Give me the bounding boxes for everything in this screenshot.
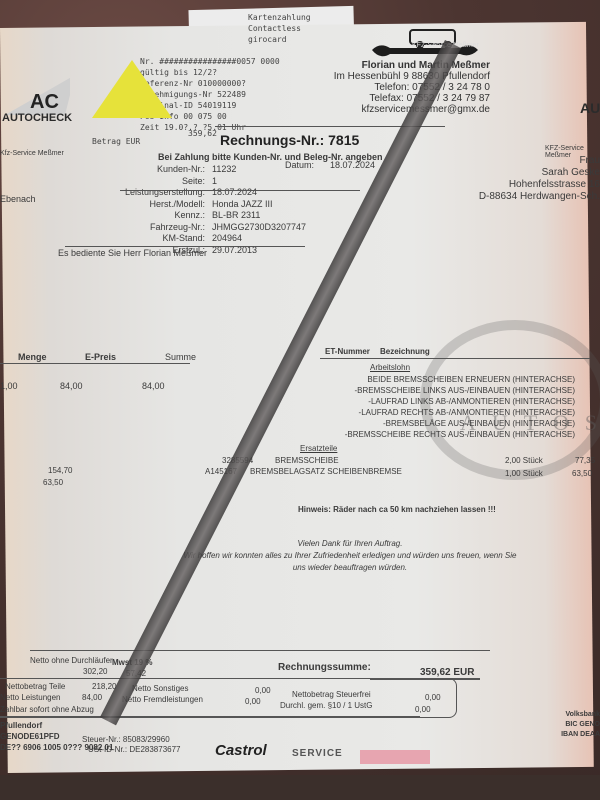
total-label: Rechnungssumme:	[278, 662, 371, 673]
date-value: 18.07.2024	[330, 160, 375, 170]
part-sum: 154,70	[48, 466, 72, 475]
misc-label: Netto Sonstiges	[132, 684, 188, 693]
left-partial-text: Ebenach	[0, 194, 36, 204]
divider	[0, 363, 190, 364]
invoice-number-label: Rechnungs-Nr.:	[220, 132, 324, 148]
misc-value: 0,00	[255, 686, 271, 695]
labor-item: -BREMSSCHEIBE RECHTS AUS-/EINBAUEN (HINT…	[280, 429, 575, 440]
external-label: Netto Fremdleistungen	[122, 695, 203, 704]
left-sender-line: Kfz-Service Meßmer	[0, 150, 64, 157]
part-qty: 2,00 Stück	[505, 456, 543, 465]
labor-sum: 84,00	[142, 381, 165, 391]
right-logo-text: AUTO	[580, 100, 600, 116]
labor-net-label: Netto Leistungen	[0, 693, 61, 702]
customer-name: Sarah Geske	[470, 167, 600, 179]
model-value: Honda JAZZ III	[212, 199, 306, 211]
labor-item: -BREMSBELÄGE AUS-/EINBAUEN (HINTERACHSE)	[280, 418, 575, 429]
exempt-value: 0,00	[425, 693, 441, 702]
plate-value: BL-BR 2311	[212, 210, 306, 222]
customer-address: Frau Sarah Geske Hohenfelsstrasse 16 D-8…	[470, 155, 600, 203]
carpet-floor	[0, 775, 600, 800]
divider	[0, 716, 420, 717]
invoice-number-value: 7815	[328, 132, 359, 148]
labor-item: BEIDE BREMSSCHEIBEN ERNEUERN (HINTERACHS…	[280, 374, 575, 385]
divider	[30, 650, 490, 651]
invoice-number: Rechnungs-Nr.: 7815	[220, 132, 359, 148]
vin-label: Fahrzeug-Nr.:	[95, 222, 205, 234]
right-bank-block: Volksbank BIC GENO IBAN DEAA	[540, 710, 600, 740]
part-desc: BREMSBELAGSATZ SCHEIBENBREMSE	[250, 467, 402, 476]
km-label: KM-Stand:	[95, 233, 205, 245]
divider	[120, 190, 360, 191]
net-value: 302,20	[83, 667, 107, 676]
ustg-value: 0,00	[415, 705, 431, 714]
autocheck-logo-text: AUTOCHECK	[2, 112, 72, 124]
receipt-line: Kartenzahlung	[248, 12, 311, 23]
date-label: Datum:	[285, 160, 314, 170]
svg-text:AC: AC	[30, 91, 59, 113]
vat-id: USt-ID-Nr.: DE283873677	[88, 745, 181, 754]
receipt-header: Kartenzahlung Contactless girocard	[248, 12, 311, 45]
labor-item: -LAUFRAD RECHTS AB-/ANMONTIEREN (HINTERA…	[280, 407, 575, 418]
service-logo-text: SERVICE	[292, 748, 343, 759]
ustg-label: Durchl. gem. §10 / 1 UstG	[280, 701, 372, 710]
page-value: 1	[212, 176, 306, 188]
company-name: Florian und Martin Meßmer	[330, 60, 490, 71]
header-qty: Menge	[18, 352, 47, 362]
receipt-line: Contactless	[248, 23, 311, 34]
km-value: 204964	[212, 233, 306, 245]
labor-item: -LAUFRAD LINKS AB-/ANMONTIEREN (HINTERAC…	[280, 396, 575, 407]
labor-item: -BREMSSCHEIBE LINKS AUS-/EINBAUEN (HINTE…	[280, 385, 575, 396]
part-qty: 1,00 Stück	[505, 469, 543, 478]
payment-terms: Zahlbar sofort ohne Abzug	[0, 705, 94, 714]
labor-qty: 1,00	[0, 381, 18, 391]
labor-net-value: 84,00	[82, 693, 102, 702]
labor-items: BEIDE BREMSSCHEIBEN ERNEUERN (HINTERACHS…	[280, 374, 575, 440]
tax-number: Steuer-Nr.: 85083/29960	[82, 735, 170, 744]
customer-street: Hohenfelsstrasse 16	[470, 179, 600, 191]
customer-salutation: Frau	[470, 155, 600, 167]
tax-number-value: 85083/29960	[123, 735, 170, 744]
service-date-label: Leistungserstellung:	[95, 187, 205, 199]
parts-section-title: Ersatzteile	[300, 444, 337, 453]
customer-no-label: Kunden-Nr.:	[95, 164, 205, 176]
closing-line: uns wieder beauftragen würden.	[150, 562, 550, 574]
page-label: Seite:	[95, 176, 205, 188]
header-unit-price: E-Preis	[85, 352, 116, 362]
exempt-label: Nettobetrag Steuerfrei	[292, 690, 371, 699]
header-art-no: ET-Nummer	[325, 347, 370, 356]
right-bank-iban: IBAN DEAA	[540, 730, 600, 740]
part-desc: BREMSSCHEIBE	[275, 456, 339, 465]
castrol-logo: Castrol	[215, 742, 267, 759]
right-bank-bic: BIC GENO	[540, 720, 600, 730]
header-desc: Bezeichnung	[380, 347, 430, 356]
tax-number-label: Steuer-Nr.:	[82, 735, 121, 744]
right-bank-name: Volksbank	[540, 710, 600, 720]
receipt-line: girocard	[248, 34, 311, 45]
served-by: Es bediente Sie Herr Florian Meßmer	[58, 248, 207, 258]
receipt-amount: 359,62	[188, 128, 217, 139]
runner-logo-icon	[360, 750, 430, 764]
header-sum: Summe	[165, 352, 196, 362]
total-value: 359,62 EUR	[420, 667, 474, 678]
external-value: 0,00	[245, 697, 261, 706]
model-label: Herst./Modell:	[95, 199, 205, 211]
divider	[320, 358, 590, 359]
customer-city: D-88634 Herdwangen-Sch.	[470, 191, 600, 203]
service-date-value: 18.07.2024	[212, 187, 306, 199]
vat-id-value: DE283873677	[129, 745, 180, 754]
net-label: Netto ohne Durchläufer	[30, 656, 113, 665]
company-street: Im Hessenbühl 9 88630 Pfullendorf	[330, 71, 490, 82]
company-phone: Telefon: 07552 / 3 24 78 0	[330, 82, 490, 93]
part-unit-price: 63,50	[572, 469, 592, 478]
parts-net-label: Nettobetrag Teile	[5, 682, 65, 691]
part-unit-price: 77,35	[575, 456, 595, 465]
plate-label: Kennz.:	[95, 210, 205, 222]
invoice-values: 11232 1 18.07.2024 Honda JAZZ III BL-BR …	[212, 164, 306, 256]
warning-triangle-logo-icon	[92, 60, 172, 118]
invoice-labels: Kunden-Nr.: Seite: Leistungserstellung: …	[95, 164, 205, 256]
hint-text: Hinweis: Räder nach ca 50 km nachziehen …	[298, 505, 496, 514]
bank-city: Pfullendorf	[0, 720, 113, 731]
closing-text: Vielen Dank für Ihren Auftrag. Wir hoffe…	[150, 538, 550, 574]
company-fax: Telefax: 07552 / 3 24 79 87	[330, 93, 490, 104]
vin-value: JHMGG2730D3207747	[212, 222, 306, 234]
labor-unit-price: 84,00	[60, 381, 83, 391]
vat-id-label: USt-ID-Nr.:	[88, 745, 127, 754]
part-sum: 63,50	[43, 478, 63, 487]
divider	[65, 246, 305, 247]
closing-line: Wir hoffen wir konnten alles zu Ihrer Zu…	[150, 550, 550, 562]
receipt-amount-label: Betrag EUR	[92, 136, 140, 147]
labor-section-title: Arbeitslohn	[370, 363, 410, 372]
